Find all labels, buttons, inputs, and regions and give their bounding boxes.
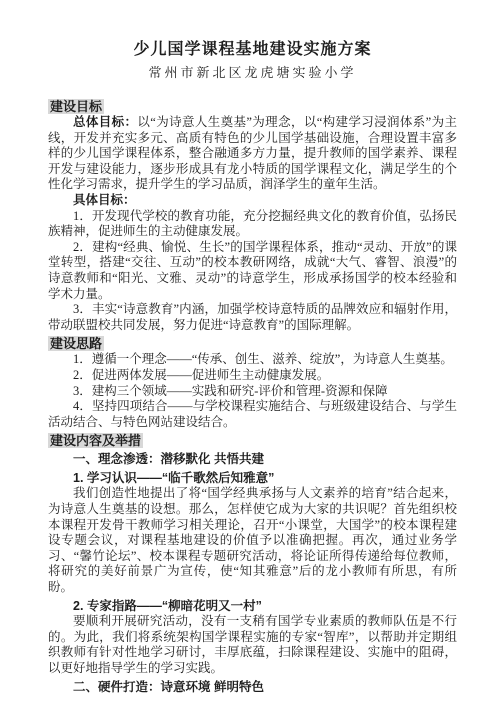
point-1-heading: 1. 学习认识——“临千歌然后知雅意”	[48, 471, 457, 487]
subsection-2-heading: 二、硬件打造：诗意环境 鲜明特色	[48, 680, 457, 696]
goal-item-1: 1．开发现代学校的教育功能，充分挖掘经典文化的教育价值，弘扬民族精神，促进师生的…	[48, 209, 457, 240]
section-goals: 建设目标 总体目标：以“为诗意人生奠基”为理念，以“构建学习浸润体系”为主线，开…	[48, 99, 457, 333]
overall-goal-label: 总体目标：	[73, 115, 137, 129]
document-page: 少儿国学课程基地建设实施方案 常州市新北区龙虎塘实验小学 建设目标 总体目标：以…	[0, 0, 500, 707]
specific-goal-label: 具体目标：	[48, 193, 457, 209]
section-heading-goals: 建设目标	[48, 99, 104, 114]
section-heading-approach: 建设思路	[48, 336, 104, 351]
point-1-paragraph: 我们创造性地提出了将“国学经典承扬与人文素养的培育”结合起来，为诗意人生奠基的设…	[48, 486, 457, 595]
section-approach: 建设思路 1．遵循一个理念——“传承、创生、滋养、绽放”，为诗意人生奠基。 2．…	[48, 336, 457, 430]
approach-item-1: 1．遵循一个理念——“传承、创生、滋养、绽放”，为诗意人生奠基。	[48, 352, 457, 368]
point-2-paragraph: 要顺利开展研究活动，没有一支稍有国学专业素质的教师队伍是不行的。为此，我们将系统…	[48, 614, 457, 676]
section-heading-content: 建设内容及举措	[48, 433, 143, 448]
point-2-heading: 2. 专家指路——“柳暗花明又一村”	[48, 599, 457, 615]
approach-item-3: 3．建构三个领域——实践和研究-评价和管理-资源和保障	[48, 384, 457, 400]
goal-item-3: 3．丰实“诗意教育”内涵，加强学校诗意特质的品牌效应和辐射作用，带动联盟校共同发…	[48, 302, 457, 333]
section-goals-heading-row: 建设目标	[48, 99, 457, 115]
subsection-1-heading: 一、理念渗透：潜移默化 共悟共建	[48, 452, 457, 468]
approach-item-4: 4．坚持四项结合——与学校课程实施结合、与班级建设结合、与学生活动结合、与特色网…	[48, 399, 457, 430]
section-approach-heading-row: 建设思路	[48, 336, 457, 352]
section-content: 建设内容及举措 一、理念渗透：潜移默化 共悟共建 1. 学习认识——“临千歌然后…	[48, 433, 457, 695]
section-content-heading-row: 建设内容及举措	[48, 433, 457, 449]
goal-item-2: 2．建构“经典、愉悦、生长”的国学课程体系，推动“灵动、开放”的课堂转型，搭建“…	[48, 240, 457, 302]
document-subtitle: 常州市新北区龙虎塘实验小学	[48, 64, 457, 81]
overall-goal-paragraph: 总体目标：以“为诗意人生奠基”为理念，以“构建学习浸润体系”为主线，开发并充实多…	[48, 115, 457, 193]
document-title: 少儿国学课程基地建设实施方案	[48, 40, 457, 60]
approach-item-2: 2．促进两体发展——促进师生主动健康发展。	[48, 368, 457, 384]
